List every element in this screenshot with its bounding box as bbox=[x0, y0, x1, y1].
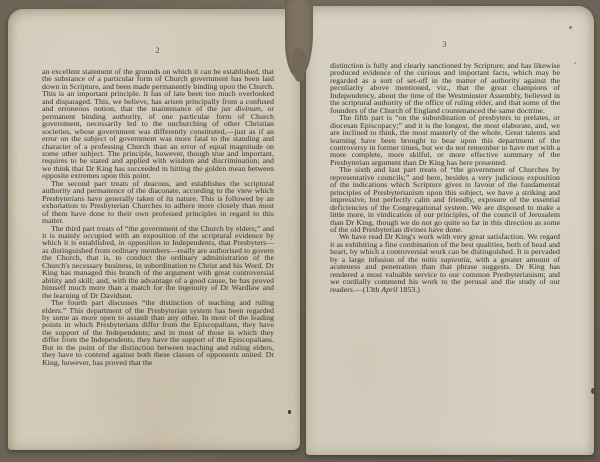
body-text: The fifth part is “on the subordination … bbox=[330, 113, 560, 167]
body-text: The second part treats of deacons, and e… bbox=[42, 179, 274, 225]
paper-speck bbox=[591, 388, 596, 394]
book-scan: 2 an excellent statement of the grounds … bbox=[0, 0, 600, 462]
paragraph: The fifth part is “on the subordination … bbox=[330, 114, 560, 166]
gutter-tear-icon bbox=[292, 48, 306, 82]
italic-text: April bbox=[381, 285, 397, 294]
body-text: , or permanent binding authority, of one… bbox=[42, 104, 274, 180]
page-left: 2 an excellent statement of the grounds … bbox=[8, 9, 300, 450]
body-text: distinction is fully and clearly sanctio… bbox=[330, 61, 560, 115]
paper-speck bbox=[574, 62, 576, 64]
body-text: The fourth part discusses “the distincti… bbox=[42, 298, 274, 367]
page-text-left: an excellent statement of the grounds on… bbox=[42, 68, 274, 366]
paragraph: The second part treats of deacons, and e… bbox=[42, 180, 274, 225]
paragraph: distinction is fully and clearly sanctio… bbox=[330, 62, 560, 114]
paragraph: The sixth and last part treats of “the g… bbox=[330, 166, 560, 233]
paragraph: We have read Dr King's work with very gr… bbox=[330, 233, 560, 293]
paragraph: an excellent statement of the grounds on… bbox=[42, 68, 274, 180]
paragraph: The fourth part discusses “the distincti… bbox=[42, 299, 274, 366]
paragraph: The third part treats of “the government… bbox=[42, 225, 274, 300]
body-text: 1853.) bbox=[398, 285, 420, 294]
body-text: The third part treats of “the government… bbox=[42, 224, 274, 300]
paper-speck bbox=[569, 26, 572, 29]
paper-speck bbox=[288, 410, 291, 414]
body-text: The sixth and last part treats of “the g… bbox=[330, 165, 560, 234]
page-text-right: distinction is fully and clearly sanctio… bbox=[330, 62, 560, 293]
page-right: 3 distinction is fully and clearly sanct… bbox=[306, 6, 594, 455]
page-number-right: 3 bbox=[330, 39, 560, 49]
page-number-left: 2 bbox=[42, 45, 274, 55]
